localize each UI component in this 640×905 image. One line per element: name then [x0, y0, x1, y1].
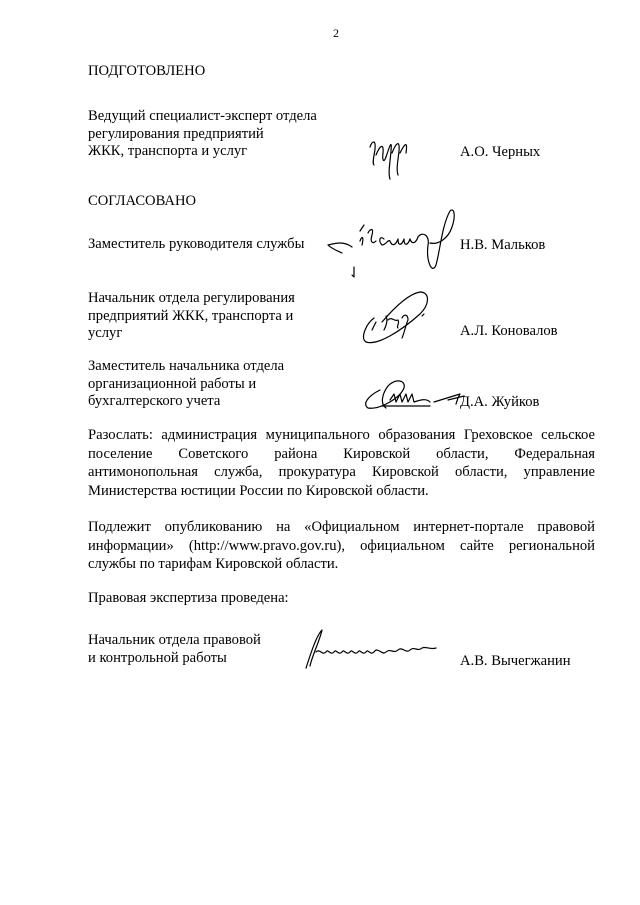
title-line: Заместитель руководителя службы	[88, 236, 304, 254]
title-line: Начальник отдела регулирования	[88, 290, 295, 308]
distribution-paragraph: Разослать: администрация муниципального …	[88, 426, 595, 500]
prepared-signer-title: Ведущий специалист-эксперт отдела регули…	[88, 108, 317, 161]
title-line: и контрольной работы	[88, 650, 261, 668]
legal-review-heading: Правовая экспертиза проведена:	[88, 589, 289, 607]
signature-konovalov	[358, 290, 438, 350]
signature-vychegzhanin	[296, 626, 446, 670]
agreed-signer-2-title: Начальник отдела регулирования предприят…	[88, 290, 295, 343]
agreed-heading: СОГЛАСОВАНО	[88, 192, 196, 210]
paragraph-line: антимонопольная служба, прокуратура Киро…	[88, 463, 595, 482]
signature-malkov	[322, 205, 467, 285]
title-line: Ведущий специалист-эксперт отдела	[88, 108, 317, 126]
title-line: организационной работы и	[88, 376, 284, 394]
paragraph-line: информации» (http://www.pravo.gov.ru), о…	[88, 537, 595, 556]
paragraph-line: службы по тарифам Кировской области.	[88, 555, 595, 574]
agreed-signer-1-name: Н.В. Мальков	[460, 236, 545, 254]
title-line: ЖКК, транспорта и услуг	[88, 143, 317, 161]
title-line: услуг	[88, 325, 295, 343]
title-line: Заместитель начальника отдела	[88, 358, 284, 376]
prepared-heading: ПОДГОТОВЛЕНО	[88, 62, 205, 80]
title-line: Начальник отдела правовой	[88, 632, 261, 650]
publication-paragraph: Подлежит опубликованию на «Официальном и…	[88, 518, 595, 574]
agreed-signer-3-name: Д.А. Жуйков	[460, 393, 539, 411]
legal-review-signer-title: Начальник отдела правовой и контрольной …	[88, 632, 261, 667]
paragraph-line: поселение Советского района Кировской об…	[88, 445, 595, 464]
title-line: бухгалтерского учета	[88, 393, 284, 411]
paragraph-line: Разослать: администрация муниципального …	[88, 426, 595, 445]
page-number: 2	[333, 24, 339, 42]
agreed-signer-1-title: Заместитель руководителя службы	[88, 236, 304, 254]
title-line: предприятий ЖКК, транспорта и	[88, 308, 295, 326]
agreed-signer-2-name: А.Л. Коновалов	[460, 322, 558, 340]
agreed-signer-3-title: Заместитель начальника отдела организаци…	[88, 358, 284, 411]
title-line: регулирования предприятий	[88, 126, 317, 144]
paragraph-line: Министерства юстиции России по Кировской…	[88, 482, 595, 501]
signature-chernykh	[366, 135, 416, 180]
legal-review-signer-name: А.В. Вычегжанин	[460, 652, 571, 670]
signature-zhuikov	[360, 370, 475, 415]
prepared-signer-name: А.О. Черных	[460, 143, 540, 161]
paragraph-line: Подлежит опубликованию на «Официальном и…	[88, 518, 595, 537]
